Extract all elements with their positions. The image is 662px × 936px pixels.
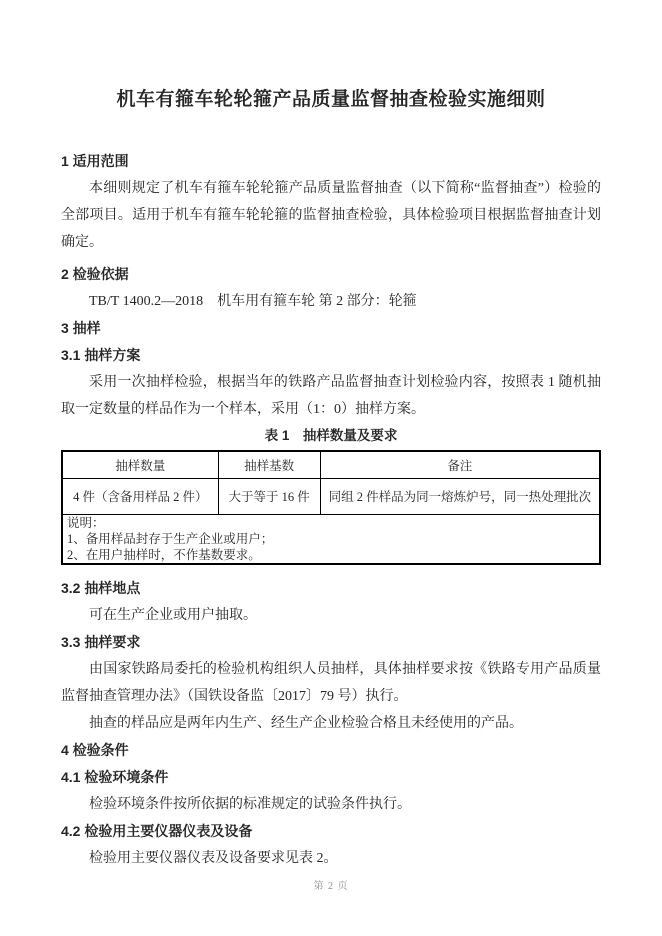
section-1-paragraph: 本细则规定了机车有箍车轮轮箍产品质量监督抽查（以下简称“监督抽查”）检验的全部项… (61, 175, 601, 256)
section-4-1-heading: 4.1 检验环境条件 (61, 764, 601, 791)
section-4-heading: 4 检验条件 (61, 737, 601, 764)
cell-remarks: 同组 2 件样品为同一熔炼炉号，同一热处理批次 (320, 478, 600, 514)
section-3-2-paragraph: 可在生产企业或用户抽取。 (61, 602, 601, 629)
section-3-2-heading: 3.2 抽样地点 (61, 575, 601, 602)
document-title: 机车有箍车轮轮箍产品质量监督抽查检验实施细则 (61, 88, 601, 112)
section-3-3-paragraph-1: 由国家铁路局委托的检验机构组织人员抽样，具体抽样要求按《铁路专用产品质量监督抽查… (61, 656, 601, 710)
note-label: 说明： (67, 515, 595, 531)
section-3-1-heading: 3.1 抽样方案 (61, 342, 601, 369)
cell-sample-base: 大于等于 16 件 (218, 478, 320, 514)
section-3-3-heading: 3.3 抽样要求 (61, 629, 601, 656)
column-header-sample-base: 抽样基数 (218, 451, 320, 478)
table-1-sampling-requirements: 抽样数量 抽样基数 备注 4 件（含备用样品 2 件） 大于等于 16 件 同组… (61, 450, 601, 565)
column-header-sample-quantity: 抽样数量 (62, 451, 218, 478)
section-4-2-paragraph: 检验用主要仪器仪表及设备要求见表 2。 (61, 845, 601, 872)
table-row-header: 抽样数量 抽样基数 备注 (62, 451, 600, 478)
note-item-1: 1、备用样品封存于生产企业或用户； (67, 531, 595, 547)
document-page: 机车有箍车轮轮箍产品质量监督抽查检验实施细则 1 适用范围 本细则规定了机车有箍… (0, 0, 662, 936)
table-row-notes: 说明： 1、备用样品封存于生产企业或用户； 2、在用户抽样时，不作基数要求。 (62, 514, 600, 564)
cell-sample-quantity: 4 件（含备用样品 2 件） (62, 478, 218, 514)
section-3-3-paragraph-2: 抽查的样品应是两年内生产、经生产企业检验合格且未经使用的产品。 (61, 710, 601, 737)
section-1-heading: 1 适用范围 (61, 148, 601, 175)
table-notes-cell: 说明： 1、备用样品封存于生产企业或用户； 2、在用户抽样时，不作基数要求。 (62, 514, 600, 564)
column-header-remarks: 备注 (320, 451, 600, 478)
section-3-heading: 3 抽样 (61, 315, 601, 342)
section-2-reference: TB/T 1400.2—2018 机车用有箍车轮 第 2 部分：轮箍 (61, 288, 601, 315)
page-number: 第 2 页 (0, 877, 662, 892)
note-item-2: 2、在用户抽样时，不作基数要求。 (67, 547, 595, 563)
section-2-heading: 2 检验依据 (61, 261, 601, 288)
section-4-1-paragraph: 检验环境条件按所依据的标准规定的试验条件执行。 (61, 791, 601, 818)
section-3-1-paragraph: 采用一次抽样检验，根据当年的铁路产品监督抽查计划检验内容，按照表 1 随机抽取一… (61, 369, 601, 423)
table-1-caption: 表 1 抽样数量及要求 (61, 425, 601, 447)
section-4-2-heading: 4.2 检验用主要仪器仪表及设备 (61, 818, 601, 845)
table-row: 4 件（含备用样品 2 件） 大于等于 16 件 同组 2 件样品为同一熔炼炉号… (62, 478, 600, 514)
